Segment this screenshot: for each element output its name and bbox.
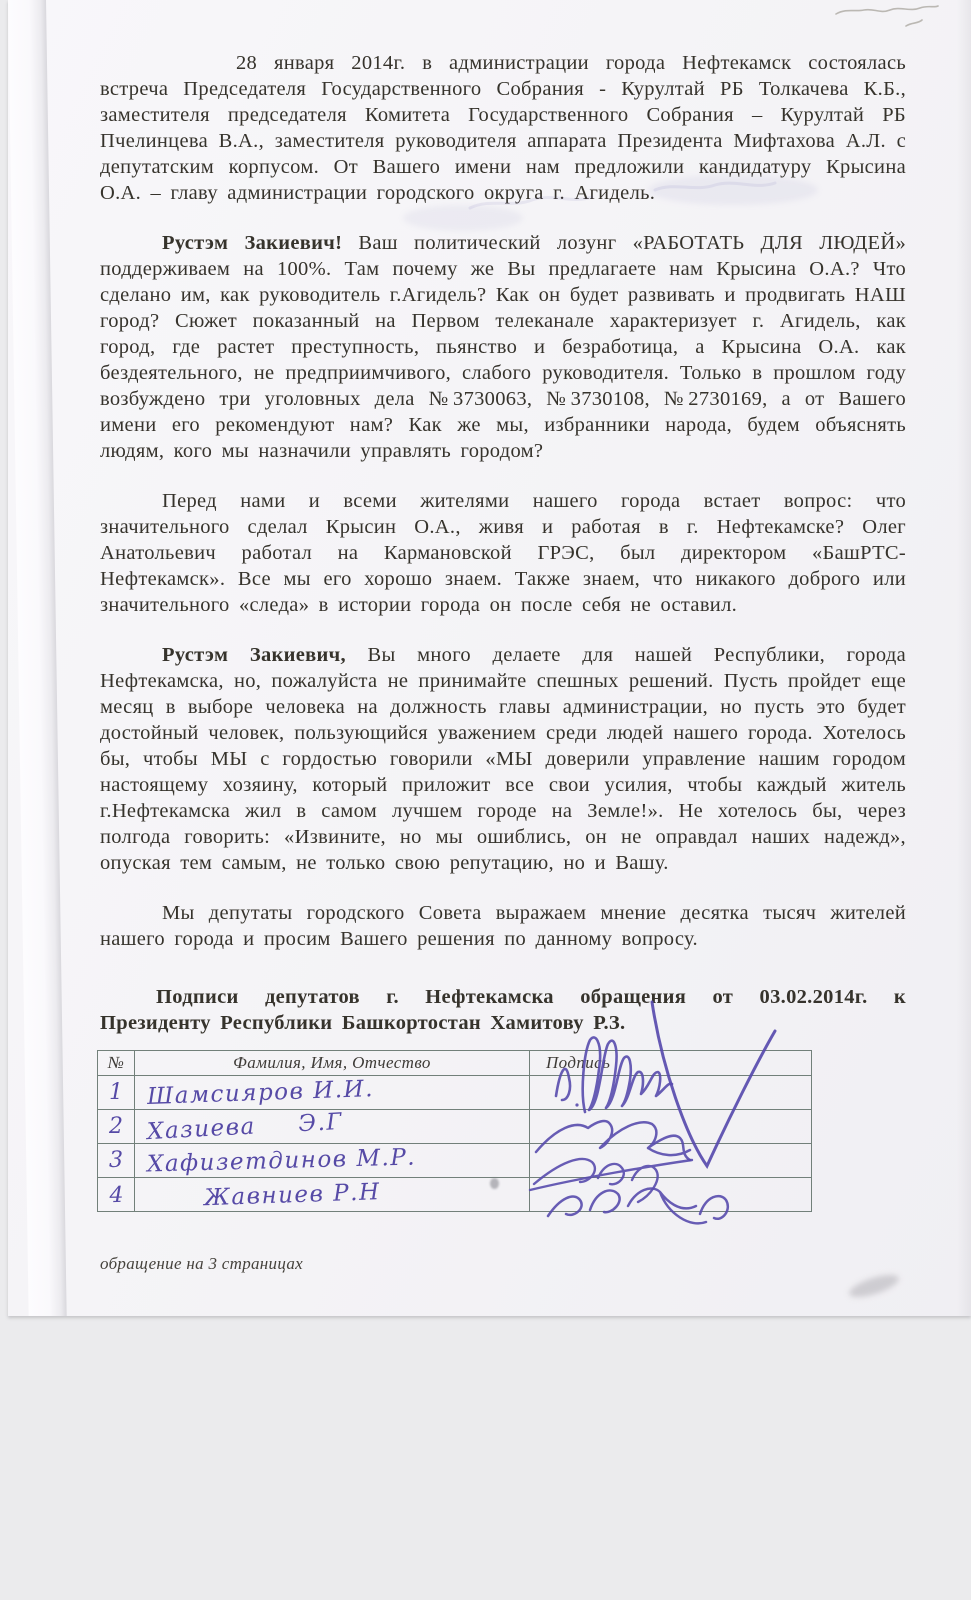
- handwritten-name: Жавниев Р.Н: [147, 1179, 380, 1213]
- scan-smudge: [847, 1270, 901, 1301]
- handwritten-name: Шамсияров И.И.: [147, 1076, 375, 1110]
- letter-body: 28 января 2014г. в администрации города …: [100, 0, 906, 1036]
- row-number-cell: 1: [98, 1076, 135, 1110]
- signature-cell: [530, 1144, 812, 1178]
- ink-bleed-artifact: [648, 175, 818, 205]
- col-header-signature: Подпись: [530, 1051, 812, 1076]
- salutation-bold: Рустэм Закиевич!: [162, 232, 342, 254]
- col-header-number: №: [98, 1051, 135, 1076]
- table-row: 2 Хазиева Э.Г: [98, 1110, 812, 1144]
- ink-bleed-artifact: [403, 205, 523, 231]
- signature-cell: [530, 1076, 812, 1110]
- deputy-name-cell: Шамсияров И.И.: [135, 1076, 530, 1110]
- deputy-name-cell: Хазиева Э.Г: [135, 1110, 530, 1144]
- table-row: 4 Жавниев Р.Н: [98, 1178, 812, 1212]
- scan-background: 28 января 2014г. в администрации города …: [0, 0, 971, 1600]
- handwritten-name: Хафизетдинов М.Р.: [147, 1144, 417, 1177]
- handwritten-name: Хазиева Э.Г: [146, 1108, 343, 1144]
- row-number-cell: 3: [98, 1144, 135, 1178]
- paragraph-request: Рустэм Закиевич, Вы много делаете для на…: [100, 642, 906, 876]
- signatures-heading-line1: Подписи депутатов г. Нефтекамска обращен…: [100, 984, 906, 1010]
- table-row: 3 Хафизетдинов М.Р.: [98, 1144, 812, 1178]
- signatures-table: № Фамилия, Имя, Отчество Подпись 1 Шамси…: [97, 1050, 812, 1212]
- paragraph-text: Ваш политический лозунг «РАБОТАТЬ ДЛЯ ЛЮ…: [100, 232, 906, 462]
- signature-cell: [530, 1178, 812, 1212]
- document-page: 28 января 2014г. в администрации города …: [8, 0, 971, 1316]
- paragraph-slogan: Рустэм Закиевич! Ваш политический лозунг…: [100, 230, 906, 464]
- paragraph-text: Мы депутаты городского Совета выражаем м…: [100, 902, 906, 950]
- row-number-cell: 4: [97, 1177, 135, 1212]
- col-header-name: Фамилия, Имя, Отчество: [135, 1051, 530, 1076]
- signatures-heading-line2: Президенту Республики Башкортостан Хамит…: [100, 1010, 906, 1036]
- paragraph-closing: Мы депутаты городского Совета выражаем м…: [100, 900, 906, 952]
- page-count-note: обращение на 3 страницах: [100, 1254, 303, 1274]
- deputy-name-cell: Хафизетдинов М.Р.: [135, 1144, 530, 1178]
- paragraph-text: Перед нами и всеми жителями нашего город…: [100, 490, 906, 616]
- row-number-cell: 2: [98, 1110, 135, 1144]
- table-header-row: № Фамилия, Имя, Отчество Подпись: [98, 1051, 812, 1076]
- signatures-heading: Подписи депутатов г. Нефтекамска обращен…: [100, 984, 906, 1036]
- signature-cell: [530, 1110, 812, 1144]
- scan-smudge: [490, 1178, 499, 1189]
- page-edge-band: [8, 0, 67, 1316]
- salutation-bold: Рустэм Закиевич,: [162, 644, 346, 666]
- deputy-name-cell: Жавниев Р.Н: [134, 1174, 530, 1215]
- table-row: 1 Шамсияров И.И.: [98, 1076, 812, 1110]
- paragraph-text: Вы много делаете для нашей Республики, г…: [100, 644, 906, 874]
- paragraph-question: Перед нами и всеми жителями нашего город…: [100, 488, 906, 618]
